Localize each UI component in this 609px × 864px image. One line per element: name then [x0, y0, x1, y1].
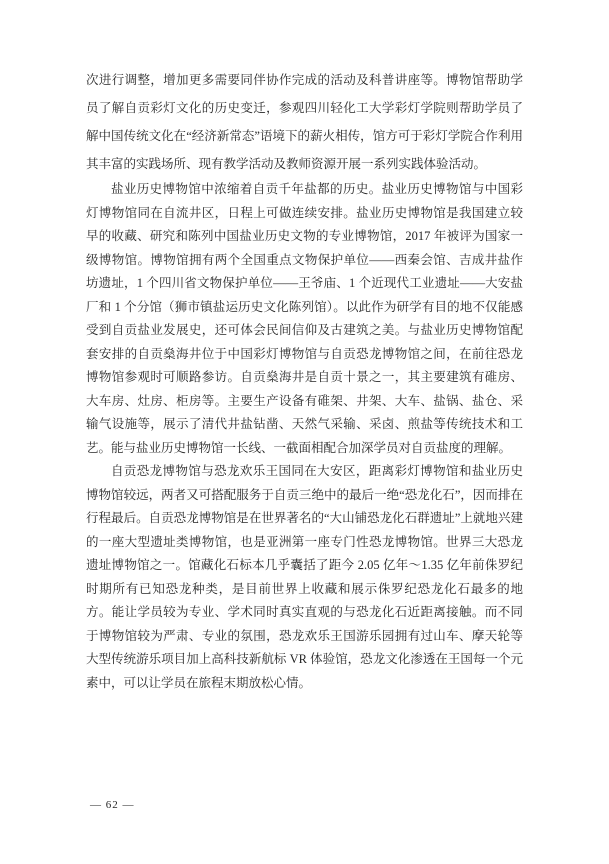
paragraph-salt-history-museum: 盐业历史博物馆中浓缩着自贡千年盐都的历史。盐业历史博物馆与中国彩灯博物馆同在自流…	[86, 178, 523, 460]
paragraph-continuation: 次进行调整，增加更多需要同伴协作完成的活动及科普讲座等。博物馆帮助学员了解自贡彩…	[86, 66, 523, 178]
page-number: — 62 —	[90, 799, 135, 811]
page-body-text: 次进行调整，增加更多需要同伴协作完成的活动及科普讲座等。博物馆帮助学员了解自贡彩…	[86, 66, 523, 695]
paragraph-dinosaur-museum: 自贡恐龙博物馆与恐龙欢乐王国同在大安区，距离彩灯博物馆和盐业历史博物馆较远，两者…	[86, 460, 523, 695]
document-page: 次进行调整，增加更多需要同伴协作完成的活动及科普讲座等。博物馆帮助学员了解自贡彩…	[0, 0, 609, 864]
